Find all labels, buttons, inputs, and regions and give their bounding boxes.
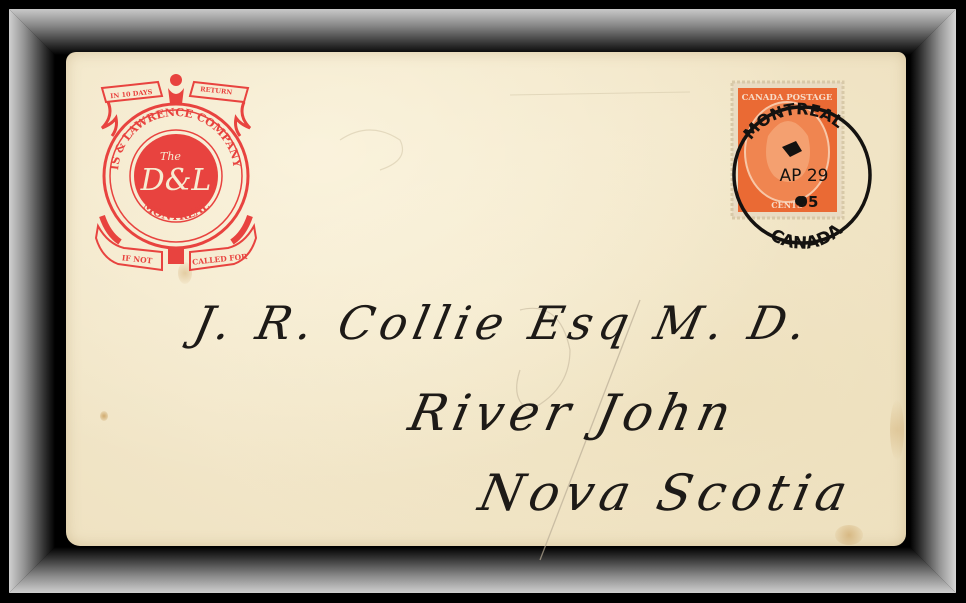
stain-spot	[100, 411, 108, 421]
frame-bevel-top	[9, 9, 956, 55]
address-line-town: River John	[404, 384, 742, 442]
stain-spot	[835, 525, 863, 545]
logo-monogram: D&L	[140, 163, 212, 198]
logo-the-text: The	[160, 150, 181, 163]
address-line-province: Nova Scotia	[474, 464, 858, 522]
frame-bevel-left	[9, 9, 55, 593]
postmark-date: AP 29	[780, 166, 829, 186]
postmark-bottom-text: CANADA	[767, 220, 847, 254]
address-line-name: J. R. Collie Esq M. D.	[189, 296, 817, 350]
corner-card-logo: IN 10 DAYS RETURN DAVIS & LAWRENCE COMPA…	[88, 66, 264, 276]
stain-spot	[890, 400, 904, 460]
frame-bevel-bottom	[9, 547, 956, 593]
postmark: MONTREAL CANADA AP 29 95	[720, 95, 880, 255]
frame-bevel-right	[910, 9, 956, 593]
postmark-top-text: MONTREAL	[739, 99, 847, 143]
